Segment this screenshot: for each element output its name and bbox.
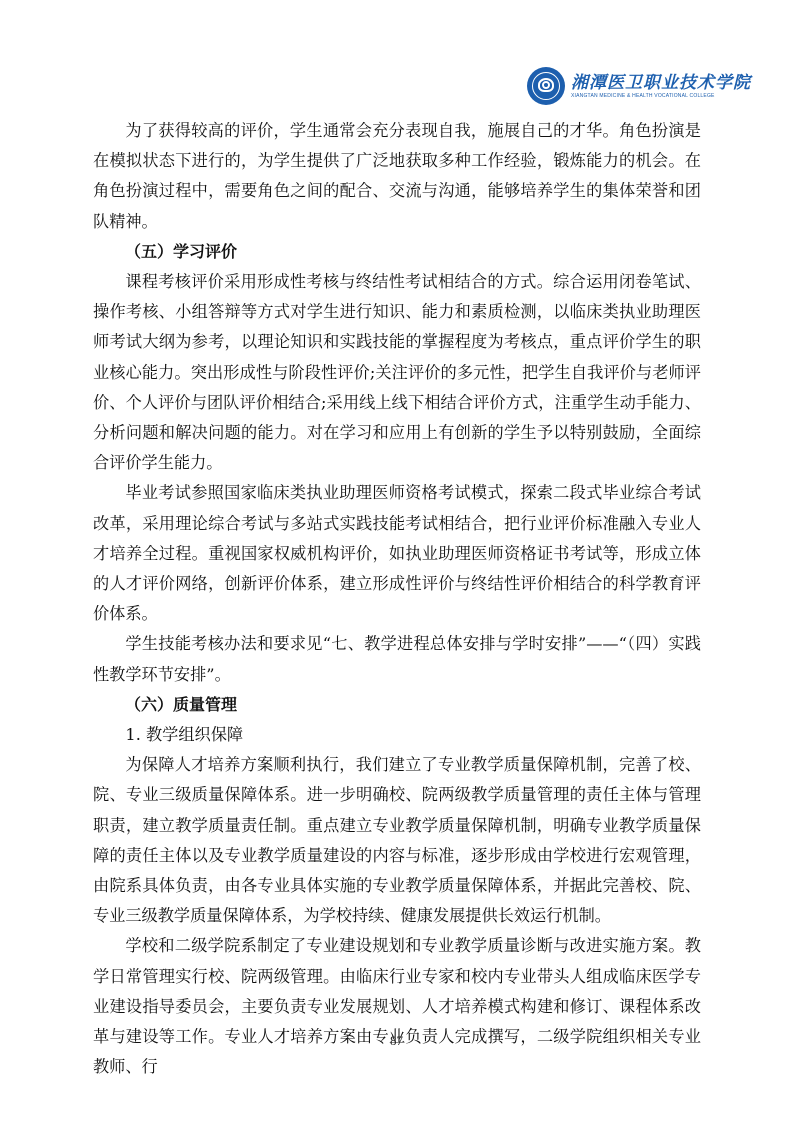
paragraph-graduation-exam: 毕业考试参照国家临床类执业助理医师资格考试模式，探索二段式毕业综合考试改革，采用… [93, 478, 701, 629]
college-logo: 湘潭医卫职业技术学院 XIANGTAN MEDICINE & HEALTH VO… [527, 66, 751, 106]
logo-english-name: XIANGTAN MEDICINE & HEALTH VOCATIONAL CO… [571, 93, 751, 100]
paragraph-course-assessment: 课程考核评价采用形成性考核与终结性考试相结合的方式。综合运用闭卷笔试、操作考核、… [93, 267, 701, 478]
document-page: 湘潭医卫职业技术学院 XIANGTAN MEDICINE & HEALTH VO… [0, 0, 793, 1122]
document-body: 为了获得较高的评价，学生通常会充分表现自我，施展自己的才华。角色扮演是在模拟状态… [93, 116, 701, 1083]
paragraph-quality-assurance: 为保障人才培养方案顺利执行，我们建立了专业教学质量保障机制，完善了校、院、专业三… [93, 750, 701, 931]
subheading-teaching-organization: 1. 教学组织保障 [93, 720, 701, 750]
section-heading-quality-management: （六）质量管理 [93, 690, 701, 720]
paragraph-quality-diagnosis: 学校和二级学院系制定了专业建设规划和专业教学质量诊断与改进实施方案。教学日常管理… [93, 931, 701, 1082]
section-heading-learning-evaluation: （五）学习评价 [93, 237, 701, 267]
page-number: 87 [0, 1033, 793, 1049]
college-emblem-icon [527, 67, 565, 105]
paragraph-skill-assessment-reference: 学生技能考核办法和要求见“七、教学进程总体安排与学时安排”——“（四）实践性教学… [93, 629, 701, 689]
logo-chinese-name: 湘潭医卫职业技术学院 [571, 73, 751, 93]
logo-text: 湘潭医卫职业技术学院 XIANGTAN MEDICINE & HEALTH VO… [571, 73, 751, 100]
paragraph-role-play: 为了获得较高的评价，学生通常会充分表现自我，施展自己的才华。角色扮演是在模拟状态… [93, 116, 701, 237]
